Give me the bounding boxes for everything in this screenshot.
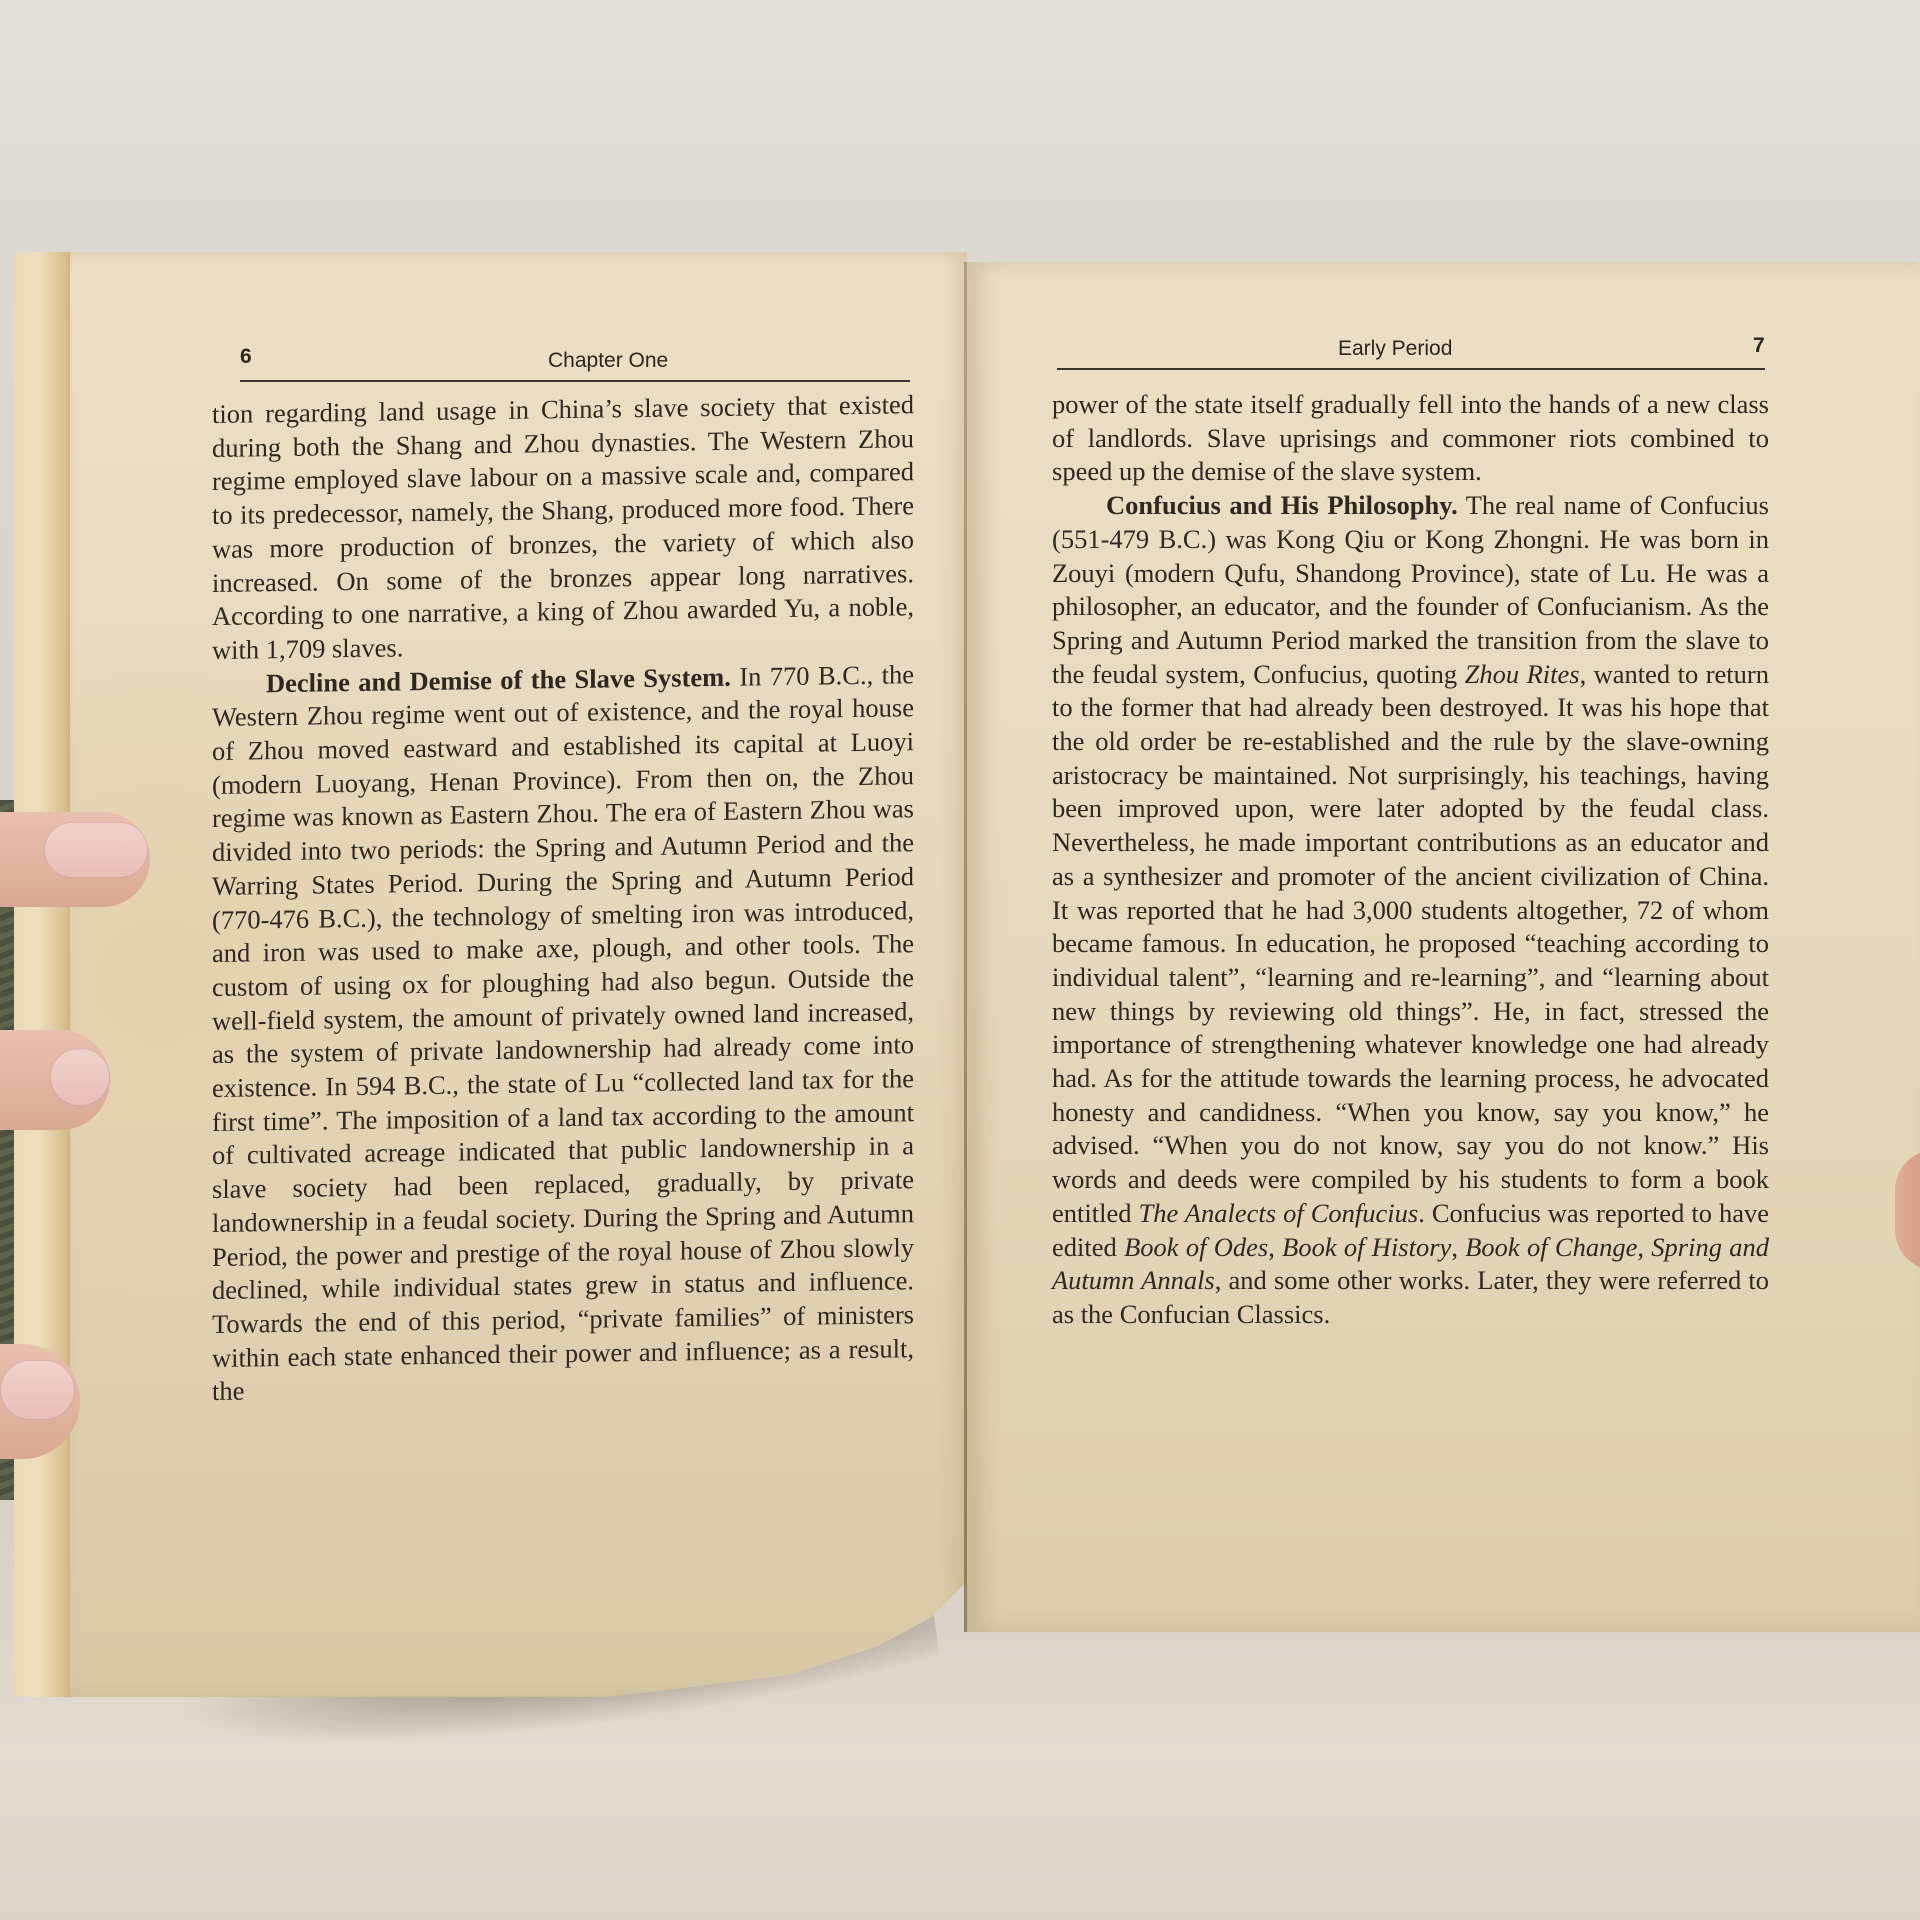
fingernail	[44, 822, 148, 878]
right-paragraph-confucius-text: The real name of Confucius (551-479 B.C.…	[1052, 490, 1769, 1329]
left-paragraph-decline: Decline and Demise of the Slave System. …	[212, 658, 914, 1409]
book-title-italic: Book of Change	[1465, 1232, 1637, 1262]
left-running-head: Chapter One	[548, 349, 668, 373]
fingernail	[50, 1048, 110, 1106]
right-running-head: Early Period	[1338, 337, 1452, 361]
book-title-italic: The Analects of Confucius	[1139, 1198, 1419, 1228]
book-title-italic: Zhou Rites	[1465, 659, 1580, 689]
left-paragraph-continuation: tion regarding land usage in China’s sla…	[212, 388, 914, 667]
body-text: , wanted to return to the former that ha…	[1052, 659, 1769, 1228]
section-heading-decline: Decline and Demise of the Slave System.	[266, 661, 731, 697]
body-text: ,	[1451, 1232, 1465, 1262]
right-header-rule	[1057, 368, 1765, 370]
right-paragraph-continuation: power of the state itself gradually fell…	[1052, 388, 1769, 489]
fingernail	[0, 1360, 75, 1420]
book-cover-edge	[14, 252, 74, 1697]
body-text: ,	[1637, 1232, 1651, 1262]
section-heading-confucius: Confucius and His Philosophy.	[1106, 490, 1458, 520]
left-page-number: 6	[240, 345, 252, 369]
left-page-body: tion regarding land usage in China’s sla…	[212, 388, 914, 1409]
book-title-italic: Book of Odes	[1124, 1232, 1268, 1262]
right-page-body: power of the state itself gradually fell…	[1052, 388, 1769, 1332]
book-title-italic: Book of History	[1282, 1232, 1451, 1262]
left-header-rule	[240, 380, 910, 382]
right-paragraph-confucius: Confucius and His Philosophy. The real n…	[1052, 489, 1769, 1332]
book-spine	[964, 262, 967, 1632]
body-text: ,	[1268, 1232, 1282, 1262]
left-paragraph-decline-text: In 770 B.C., the Western Zhou regime wen…	[212, 659, 914, 1407]
right-page-number: 7	[1753, 334, 1765, 358]
